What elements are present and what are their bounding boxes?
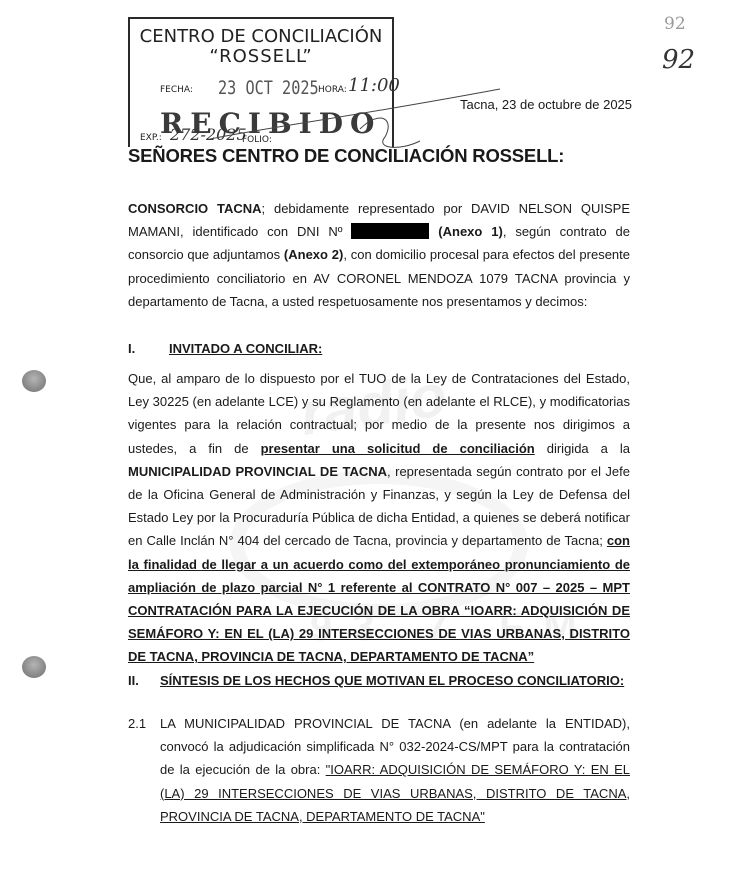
- stamp-fecha-label: FECHA:: [160, 85, 193, 95]
- section-1-number: I.: [128, 341, 135, 356]
- section-1-paragraph: Que, al amparo de lo dispuesto por el TU…: [128, 367, 630, 669]
- item-2-1-paragraph: LA MUNICIPALIDAD PROVINCIAL DE TACNA (en…: [160, 712, 630, 828]
- stamp-subtitle: “ROSSELL”: [130, 46, 392, 67]
- section-1-request: presentar una solicitud de conciliación: [261, 441, 535, 456]
- stamp-exp-label: EXP.:: [140, 133, 162, 143]
- item-2-1-number: 2.1: [128, 716, 146, 731]
- section-1-text-3: dirigida a la: [535, 441, 630, 456]
- annex-1: (Anexo 1): [438, 224, 503, 239]
- section-1-title: INVITADO A CONCILIAR:: [169, 341, 322, 356]
- page-number-pencil: 92: [664, 14, 686, 34]
- stamp-title: CENTRO DE CONCILIACIÓN: [130, 26, 392, 47]
- punch-hole-bottom: [22, 656, 46, 678]
- party-name: CONSORCIO TACNA: [128, 201, 262, 216]
- reception-stamp: CENTRO DE CONCILIACIÓN “ROSSELL” FECHA: …: [128, 17, 394, 147]
- addressee-heading: SEÑORES CENTRO DE CONCILIACIÓN ROSSELL:: [128, 145, 564, 167]
- section-2-title: SÍNTESIS DE LOS HECHOS QUE MOTIVAN EL PR…: [160, 673, 624, 688]
- section-2-number: II.: [128, 673, 139, 688]
- redacted-dni: [351, 223, 429, 239]
- document-date: Tacna, 23 de octubre de 2025: [460, 97, 632, 112]
- section-1-entity: MUNICIPALIDAD PROVINCIAL DE TACNA: [128, 464, 387, 479]
- intro-paragraph: CONSORCIO TACNA; debidamente representad…: [128, 197, 630, 313]
- section-1-purpose: con la finalidad de llegar a un acuerdo …: [128, 533, 630, 664]
- punch-hole-top: [22, 370, 46, 392]
- page-number-ink: 92: [662, 45, 695, 75]
- annex-2: (Anexo 2): [284, 247, 343, 262]
